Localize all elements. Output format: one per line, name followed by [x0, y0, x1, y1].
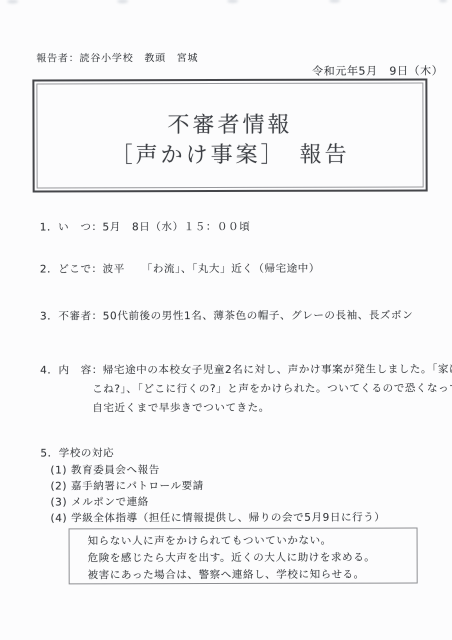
- report-title-line1: 不審者情報: [167, 110, 292, 140]
- report-title-box: 不審者情報 ［声かけ事案］ 報告: [32, 78, 427, 192]
- item-content-line3: 自宅近くまで早歩きでついてきた。: [92, 400, 270, 415]
- report-title-box-inner: 不審者情報 ［声かけ事案］ 報告: [36, 82, 423, 188]
- item-content-line1: 4．内 容：帰宅途中の本校女子児童2名に対し、声かけ事案が発生しました。「家はど: [40, 361, 452, 377]
- scan-smudge: [227, 0, 238, 3]
- item-content-line2: こね?」、「どこに行くの?」と声をかけられた。ついてくるので恐くなって走って: [92, 380, 452, 396]
- scan-smudge: [117, 0, 128, 3]
- response-step-2: (2) 嘉手納署にパトロール要請: [50, 478, 203, 493]
- advice-line1: 知らない人に声をかけられてもついていかない。: [88, 533, 411, 551]
- scan-smudge: [7, 0, 18, 4]
- safety-advice-box: 知らない人に声をかけられてもついていかない。 危険を感じたら大声を出す。近くの大…: [69, 527, 418, 584]
- response-step-3: (3) メルポンで連絡: [50, 494, 148, 509]
- scan-smudge: [329, 0, 340, 3]
- item-where: 2．どこで：波平 「わ流」、「丸大」近く（帰宅途中）: [40, 261, 320, 277]
- advice-line2: 危険を感じたら大声を出す。近くの大人に助けを求める。: [88, 550, 411, 568]
- report-date: 令和元年5月 9日（木）: [312, 62, 443, 78]
- item-suspect: 3．不審者：50代前後の男性1名、薄茶色の帽子、グレーの長袖、長ズボン: [40, 308, 413, 324]
- advice-line3: 被害にあった場合は、警察へ連絡し、学校に知らせる。: [88, 567, 411, 585]
- reporter-line: 報告者：読谷小学校 教頭 宮城: [36, 49, 198, 64]
- response-step-4: (4) 学級全体指導（担任に情報提供し、帰りの会で5月9日に行う）: [50, 510, 385, 526]
- school-response-heading: 5．学校の対応: [40, 445, 114, 460]
- report-title-line2: ［声かけ事案］ 報告: [111, 140, 350, 171]
- document-page: 報告者：読谷小学校 教頭 宮城 令和元年5月 9日（木） 不審者情報 ［声かけ事…: [0, 0, 452, 640]
- item-when: 1．い つ：5月 8日（水）１５：００頃: [40, 219, 251, 235]
- scan-smudge: [439, 0, 447, 2]
- response-step-1: (1) 教育委員会へ報告: [50, 462, 159, 477]
